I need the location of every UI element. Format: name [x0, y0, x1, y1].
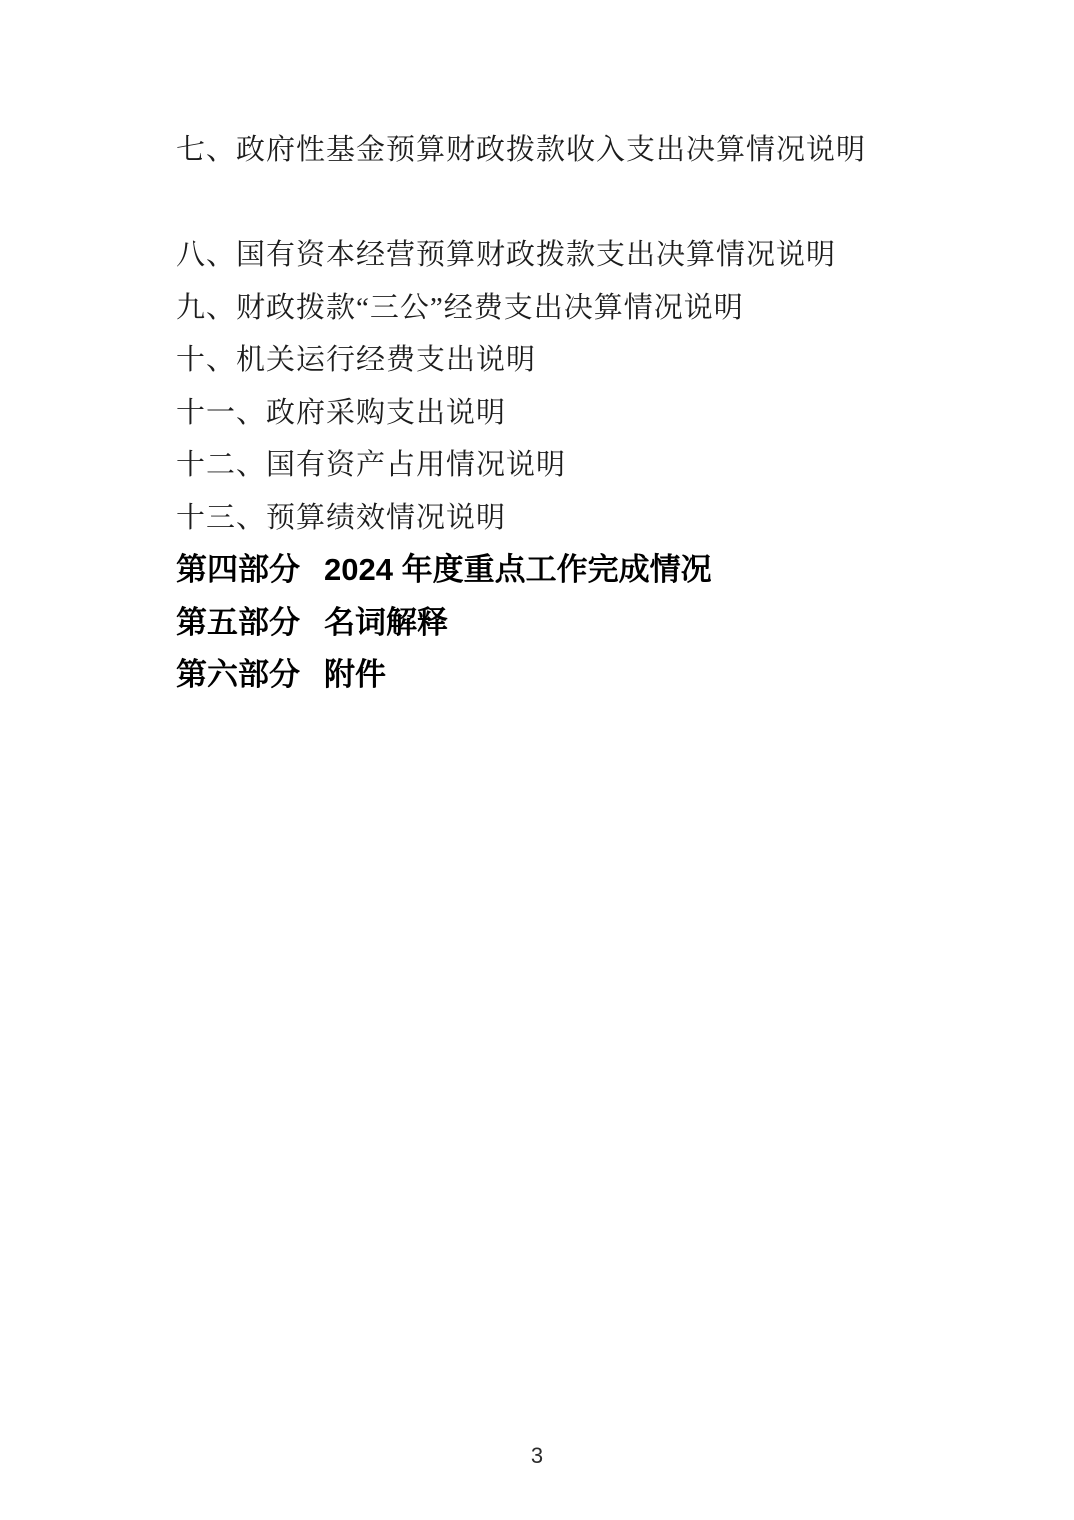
section-part-label: 第四部分 [176, 552, 300, 587]
toc-item-12: 十二、国有资产占用情况说明 [176, 439, 954, 492]
document-page: 七、政府性基金预算财政拨款收入支出决算情况说明 八、国有资本经营预算财政拨款支出… [0, 0, 1074, 1520]
toc-item-13: 十三、预算绩效情况说明 [176, 492, 954, 545]
section-heading-part4: 第四部分2024 年度重点工作完成情况 [176, 544, 954, 597]
toc-item-9: 九、财政拨款“三公”经费支出决算情况说明 [176, 282, 954, 335]
toc-item-8: 八、国有资本经营预算财政拨款支出决算情况说明 [176, 229, 954, 282]
section-title: 附件 [324, 657, 386, 692]
section-title: 名词解释 [324, 605, 448, 640]
section-heading-part6: 第六部分附件 [176, 649, 954, 702]
blank-line [176, 177, 954, 230]
toc-item-11: 十一、政府采购支出说明 [176, 387, 954, 440]
section-part-label: 第六部分 [176, 657, 300, 692]
toc-item-7: 七、政府性基金预算财政拨款收入支出决算情况说明 [176, 124, 954, 177]
page-number: 3 [0, 1443, 1074, 1469]
table-of-contents: 七、政府性基金预算财政拨款收入支出决算情况说明 八、国有资本经营预算财政拨款支出… [176, 124, 954, 702]
section-heading-part5: 第五部分名词解释 [176, 597, 954, 650]
toc-item-10: 十、机关运行经费支出说明 [176, 334, 954, 387]
section-title: 2024 年度重点工作完成情况 [324, 552, 712, 587]
section-part-label: 第五部分 [176, 605, 300, 640]
